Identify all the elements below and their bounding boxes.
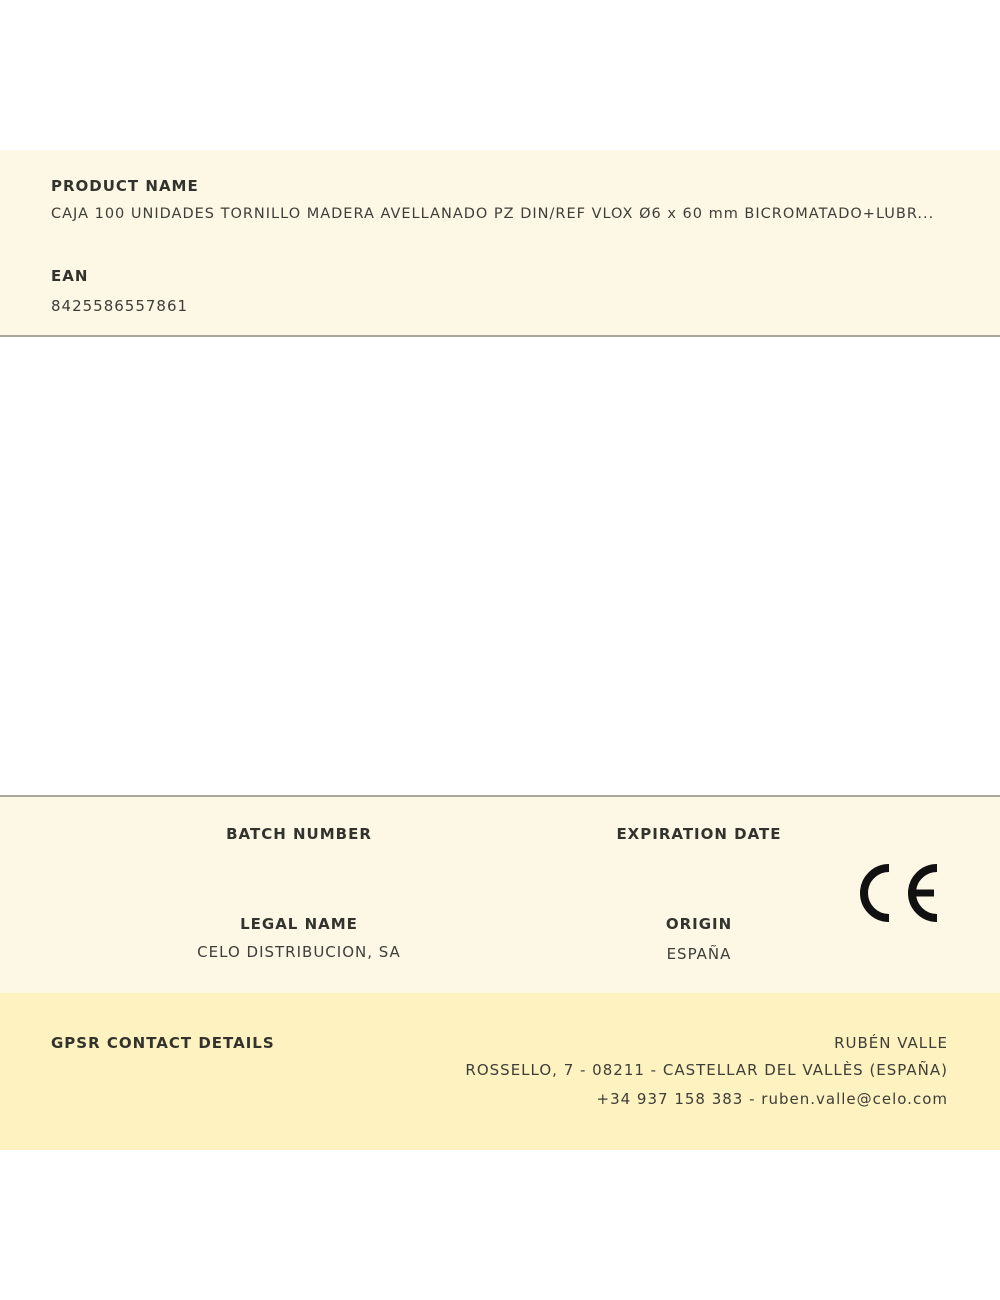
legal-name-value: CELO DISTRIBUCION, SA — [149, 943, 449, 961]
product-name-label: PRODUCT NAME — [51, 177, 199, 195]
product-name-value: CAJA 100 UNIDADES TORNILLO MADERA AVELLA… — [51, 206, 934, 222]
ce-mark-icon — [858, 862, 942, 928]
gpsr-contact-label: GPSR CONTACT DETAILS — [51, 1034, 275, 1052]
product-info-section: PRODUCT NAME CAJA 100 UNIDADES TORNILLO … — [0, 150, 1000, 337]
gpsr-contact-phone-email: +34 937 158 383 - ruben.valle@celo.com — [597, 1090, 949, 1108]
expiration-date-label: EXPIRATION DATE — [549, 825, 849, 843]
gpsr-contact-address: ROSSELLO, 7 - 08211 - CASTELLAR DEL VALL… — [465, 1061, 948, 1079]
gpsr-contact-section: GPSR CONTACT DETAILS RUBÉN VALLE ROSSELL… — [0, 993, 1000, 1150]
origin-label: ORIGIN — [549, 915, 849, 933]
product-details-section: BATCH NUMBER EXPIRATION DATE LEGAL NAME … — [0, 795, 1000, 995]
origin-value: ESPAÑA — [549, 945, 849, 963]
ean-value: 8425586557861 — [51, 297, 188, 315]
ean-label: EAN — [51, 267, 88, 285]
batch-number-label: BATCH NUMBER — [149, 825, 449, 843]
legal-name-label: LEGAL NAME — [149, 915, 449, 933]
gpsr-contact-name: RUBÉN VALLE — [834, 1034, 948, 1052]
